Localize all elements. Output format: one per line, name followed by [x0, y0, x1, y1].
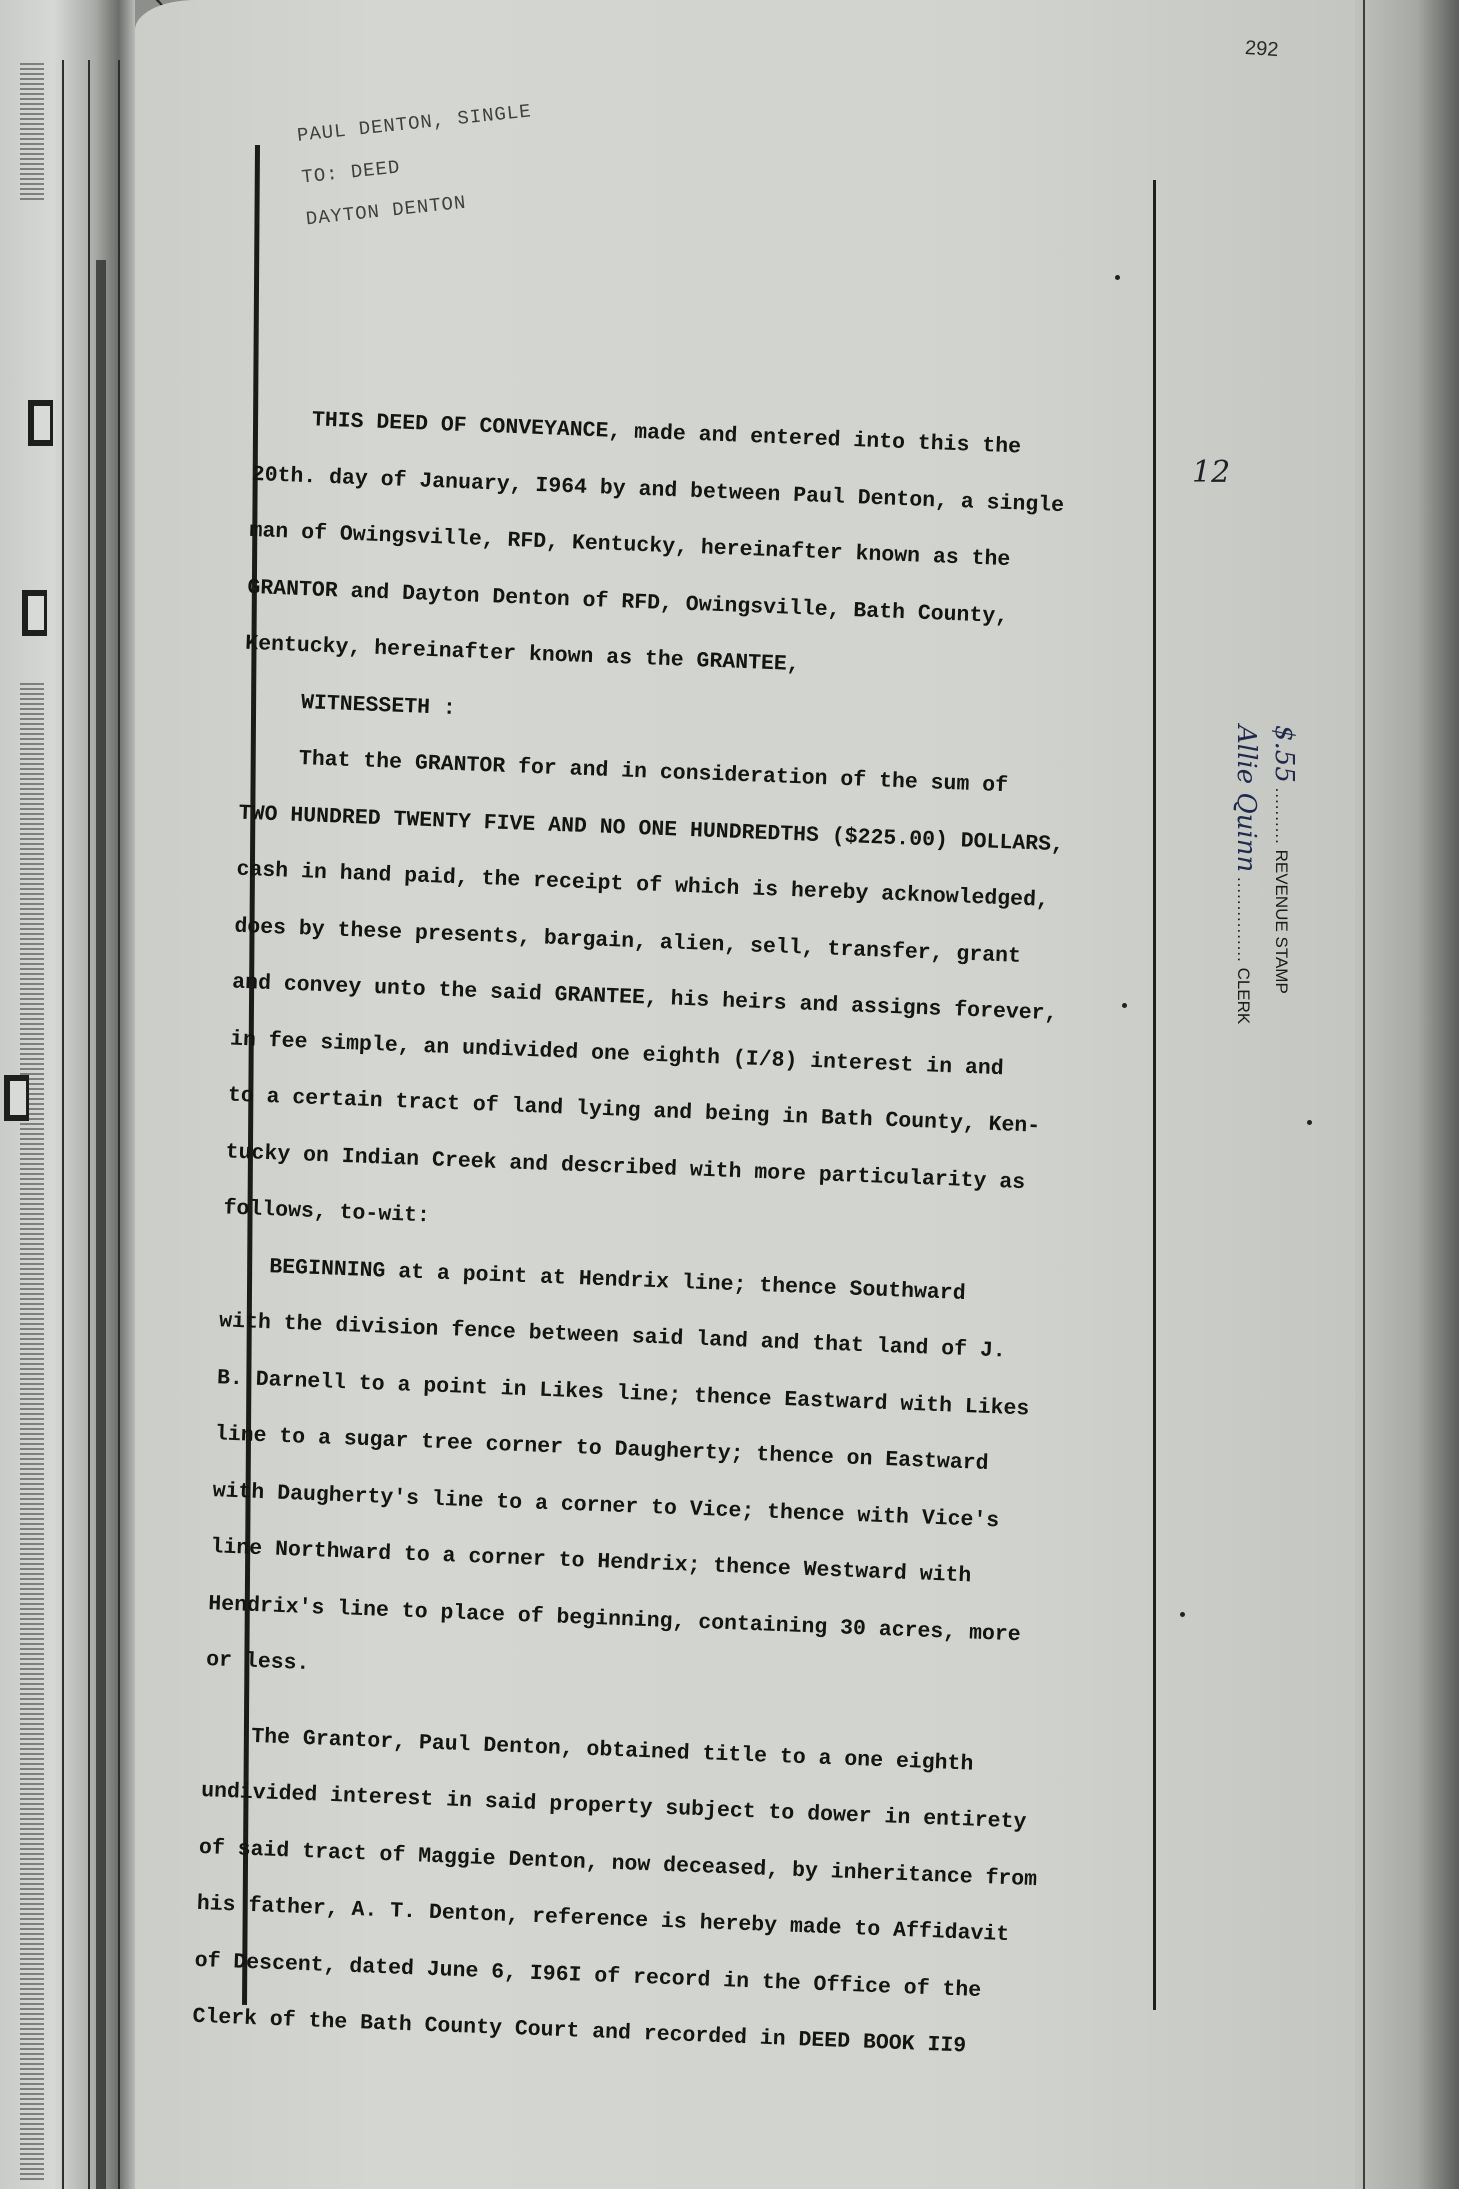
- page-edge-line: [1363, 0, 1365, 2189]
- revenue-stamp-block: $.55 .......... REVENUE STAMP Allie Quin…: [1183, 725, 1303, 1105]
- scan-speckle: [20, 680, 44, 2180]
- clerk-signature: Allie Quinn: [1231, 725, 1261, 872]
- clerk-signature-row: Allie Quinn ............... CLERK: [1227, 725, 1265, 1105]
- deed-caption: PAUL DENTON, SINGLE TO: DEED DAYTON DENT…: [295, 90, 543, 240]
- book-binding-gutter: [0, 0, 135, 2189]
- binding-shadow: [96, 260, 106, 2189]
- stamp-amount-row: $.55 .......... REVENUE STAMP: [1265, 725, 1303, 1105]
- index-tab-mark: [28, 400, 53, 446]
- deed-body: THIS DEED OF CONVEYANCE, made and entere…: [191, 390, 1134, 2079]
- ink-speck: [1115, 275, 1120, 280]
- ink-speck: [1122, 1003, 1127, 1008]
- dotted-leader: ..........: [1272, 788, 1291, 845]
- next-page-edge: [1355, 0, 1459, 2189]
- dotted-leader: ...............: [1234, 877, 1253, 963]
- handwritten-margin-note: 12: [1192, 455, 1230, 490]
- gutter-line: [62, 60, 64, 2189]
- revenue-stamp-label: REVENUE STAMP: [1272, 850, 1291, 994]
- scan-speckle: [20, 60, 44, 200]
- page-number: 292: [1244, 37, 1279, 62]
- right-margin-rule: [1153, 180, 1156, 2010]
- stamp-amount: $.55: [1269, 725, 1299, 783]
- ink-speck: [1180, 1612, 1185, 1617]
- clerk-label: CLERK: [1234, 968, 1253, 1025]
- index-tab-mark: [4, 1075, 29, 1121]
- index-tab-mark: [22, 590, 47, 636]
- gutter-line: [88, 60, 90, 2189]
- ink-speck: [1307, 1120, 1312, 1125]
- gutter-line: [118, 60, 120, 2189]
